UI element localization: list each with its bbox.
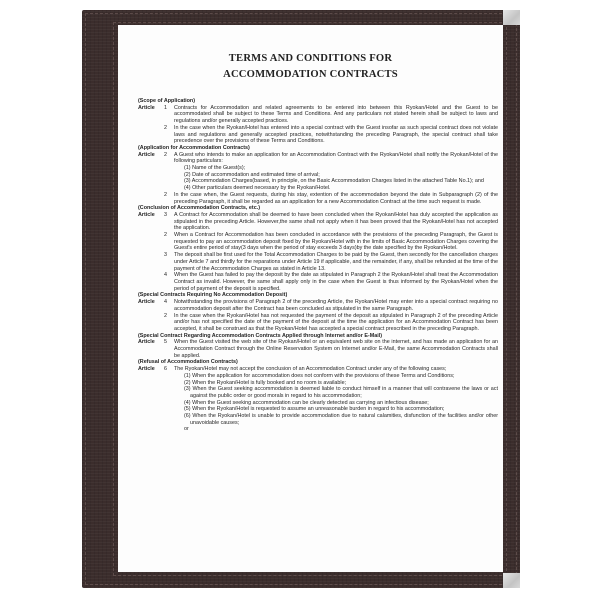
document-body: (Scope of Application)Article1Contracts … [138, 98, 498, 433]
article-label [138, 232, 164, 252]
paragraph-number: 3 [164, 252, 174, 272]
paragraph-text: Contracts for Accommodation and related … [174, 105, 498, 125]
document-title: TERMS AND CONDITIONS FOR ACCOMMODATION C… [118, 51, 503, 83]
paragraph-number: 5 [164, 339, 174, 359]
article-paragraph: Article4Notwithstanding the provisions o… [138, 299, 498, 312]
article-paragraph: 2In the case when the Ryokan/Hotel has n… [138, 313, 498, 333]
article-label: Article [138, 212, 164, 232]
article-label: Article [138, 366, 164, 373]
article-label [138, 313, 164, 333]
article-label: Article [138, 299, 164, 312]
paragraph-text: When the Guest has failed to pay the dep… [174, 272, 498, 292]
paragraph-text: In the case when the Ryokan/Hotel has en… [174, 125, 498, 145]
article-paragraph: Article1Contracts for Accommodation and … [138, 105, 498, 125]
paragraph-number: 2 [164, 232, 174, 252]
article-paragraph: Article6The Ryokan/Hotel may not accept … [138, 366, 498, 373]
article-paragraph: 2When a Contract for Accommodation has b… [138, 232, 498, 252]
paragraph-text: In the case when, the Guest requests, du… [174, 192, 498, 205]
list-item: (2) When the Ryokan/Hotel is fully booke… [184, 380, 498, 387]
list-item: (1) When the application for accommodati… [184, 373, 498, 380]
section-heading: (Special Contract Regarding Accommodatio… [138, 333, 498, 340]
article-paragraph: 4When the Guest has failed to pay the de… [138, 272, 498, 292]
article-label: Article [138, 339, 164, 359]
paragraph-text: A Guest who intends to make an applicati… [174, 152, 498, 165]
terms-document-sheet: TERMS AND CONDITIONS FOR ACCOMMODATION C… [118, 25, 503, 572]
paragraph-number: 1 [164, 105, 174, 125]
paragraph-text: When a Contract for Accommodation has be… [174, 232, 498, 252]
metal-corner-top-right [503, 10, 520, 25]
list-item: or [184, 426, 498, 433]
list-item: (4) Other particulars deemed necessary b… [184, 185, 498, 192]
article-paragraph: 3The deposit shall be first used for the… [138, 252, 498, 272]
paragraph-text: Notwithstanding the provisions of Paragr… [174, 299, 498, 312]
list-item: (6) When the Ryokan/Hotel is unable to p… [184, 413, 498, 426]
article-paragraph: Article2A Guest who intends to make an a… [138, 152, 498, 165]
paragraph-text: When the Guest visited the web site of t… [174, 339, 498, 359]
article-label [138, 192, 164, 205]
paragraph-text: The Ryokan/Hotel may not accept the conc… [174, 366, 498, 373]
title-line-2: ACCOMMODATION CONTRACTS [118, 67, 503, 83]
article-label [138, 272, 164, 292]
metal-corner-bottom-right [503, 573, 520, 588]
list-item: (5) When the Ryokan/Hotel is requested t… [184, 406, 498, 413]
paragraph-text: A Contract for Accommodation shall be de… [174, 212, 498, 232]
paragraph-number: 2 [164, 125, 174, 145]
section-heading: (Special Contracts Requiring No Accommod… [138, 292, 498, 299]
list-item: (3) When the Guest seeking accommodation… [184, 386, 498, 399]
paragraph-number: 6 [164, 366, 174, 373]
paragraph-number: 2 [164, 152, 174, 165]
article-paragraph: Article5When the Guest visited the web s… [138, 339, 498, 359]
list-item: (3) Accommodation Charges(based, in prin… [184, 178, 498, 185]
article-paragraph: 2In the case when the Ryokan/Hotel has e… [138, 125, 498, 145]
title-line-1: TERMS AND CONDITIONS FOR [118, 51, 503, 67]
section-heading: (Application for Accommodation Contracts… [138, 145, 498, 152]
list-item: (4) When the Guest seeking accommodation… [184, 400, 498, 407]
paragraph-number: 2 [164, 192, 174, 205]
article-label: Article [138, 105, 164, 125]
article-label: Article [138, 152, 164, 165]
paragraph-number: 3 [164, 212, 174, 232]
article-label [138, 252, 164, 272]
paragraph-items: (1) When the application for accommodati… [138, 373, 498, 433]
article-paragraph: Article3A Contract for Accommodation sha… [138, 212, 498, 232]
article-label [138, 125, 164, 145]
paragraph-text: In the case when the Ryokan/Hotel has no… [174, 313, 498, 333]
section-heading: (Conclusion of Accommodation Contracts, … [138, 205, 498, 212]
section-heading: (Refusal of Accommodation Contracts) [138, 359, 498, 366]
paragraph-number: 2 [164, 313, 174, 333]
paragraph-number: 4 [164, 299, 174, 312]
article-paragraph: 2In the case when, the Guest requests, d… [138, 192, 498, 205]
list-item: (2) Date of accommodation and estimated … [184, 172, 498, 179]
paragraph-text: The deposit shall be first used for the … [174, 252, 498, 272]
paragraph-items: (1) Name of the Guest(s);(2) Date of acc… [138, 165, 498, 192]
section-heading: (Scope of Application) [138, 98, 498, 105]
paragraph-number: 4 [164, 272, 174, 292]
list-item: (1) Name of the Guest(s); [184, 165, 498, 172]
